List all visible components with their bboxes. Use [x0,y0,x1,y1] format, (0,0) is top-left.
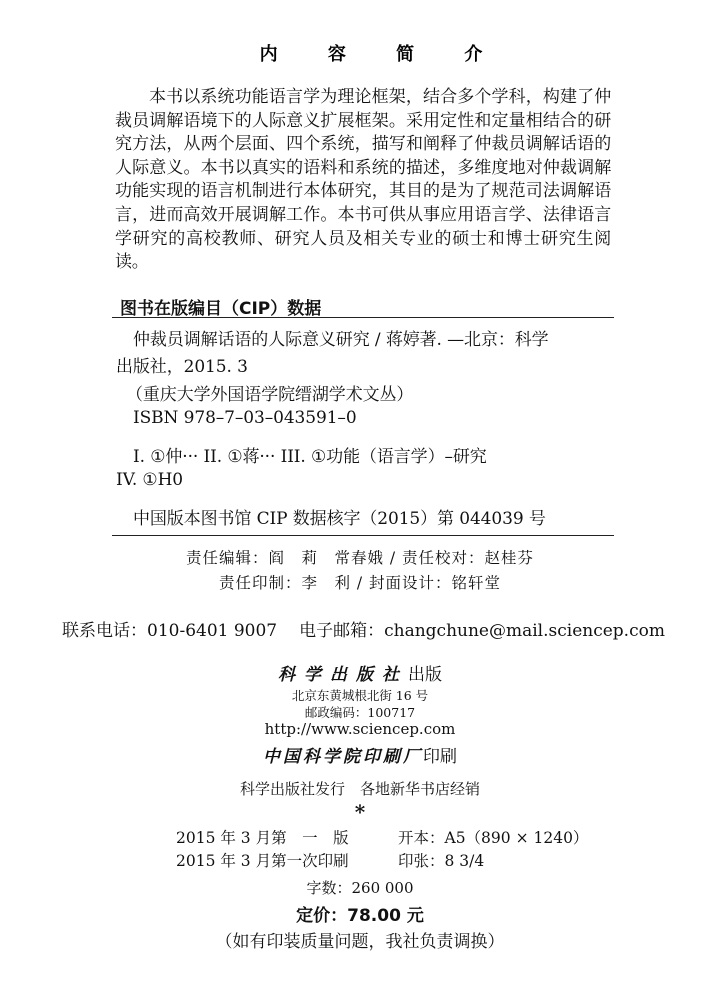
publisher-suffix: 出版 [408,665,442,685]
editors-credit: 责任编辑：阎 莉 常春娥 / 责任校对：赵桂芬 [0,546,720,568]
printing-date: 2015 年 3 月第一次印刷 [176,852,349,870]
printer-logo-text: 中国科学院印刷厂 [263,747,423,767]
printed-sheets: 印张：8 3/4 [398,849,484,871]
postcode: 邮政编码：100717 [0,703,720,721]
edition-date: 2015 年 3 月第 一 版 [176,829,349,847]
cip-title-line: 仲裁员调解话语的人际意义研究 / 蒋婷著. —北京：科学 [133,325,549,350]
email-label: 电子邮箱： [299,621,384,641]
cip-publisher-line: 出版社，2015. 3 [116,352,248,377]
format-size: 开本：A5（890 × 1240） [398,826,588,848]
cip-record-number: 中国版本图书馆 CIP 数据核字（2015）第 044039 号 [133,504,546,529]
printer-suffix: 印刷 [423,747,457,767]
distribution-line: 科学出版社发行 各地新华书店经销 [0,778,720,799]
separator-asterisk: * [0,802,720,822]
word-count: 字数：260 000 [0,877,720,898]
phone-number: 010-6401 9007 [147,621,277,641]
price: 定价：78.00 元 [0,901,720,926]
introduction-paragraph: 本书以系统功能语言学为理论框架，结合多个学科，构建了仲裁员调解语境下的人际意义扩… [115,86,611,275]
publisher-address: 北京东黄城根北街 16 号 [0,686,720,704]
email-address[interactable]: changchune@mail.sciencep.com [384,621,665,641]
cip-isbn-line: ISBN 978–7–03–043591–0 [133,408,357,428]
printer-line: 中国科学院印刷厂印刷 [0,742,720,767]
cip-classification-line-2: IV. ①H0 [116,470,183,490]
publisher-line: 科学出版社出版 [0,660,720,685]
quality-note: （如有印装质量问题，我社负责调换） [0,927,720,952]
cip-series-line: （重庆大学外国语学院缙湖学术文丛） [126,380,413,405]
cip-heading: 图书在版编目（CIP）数据 [120,294,321,319]
printing-line: 2015 年 3 月第一次印刷 印张：8 3/4 [176,849,349,871]
publisher-url[interactable]: http://www.sciencep.com [0,720,720,738]
contact-line: 联系电话：010-6401 9007电子邮箱：changchune@mail.s… [62,616,665,641]
cip-top-rule [112,317,614,318]
publisher-logo-text: 科学出版社 [278,665,408,685]
cip-bottom-rule [112,535,614,536]
cip-classification-line: I. ①仲··· II. ①蒋··· III. ①功能（语言学）–研究 [133,442,487,467]
page-title: 内 容 简 介 [0,40,720,66]
phone-label: 联系电话： [62,621,147,641]
edition-line: 2015 年 3 月第 一 版 开本：A5（890 × 1240） [176,826,349,848]
production-credit: 责任印制：李 利 / 封面设计：铭轩堂 [0,571,720,593]
